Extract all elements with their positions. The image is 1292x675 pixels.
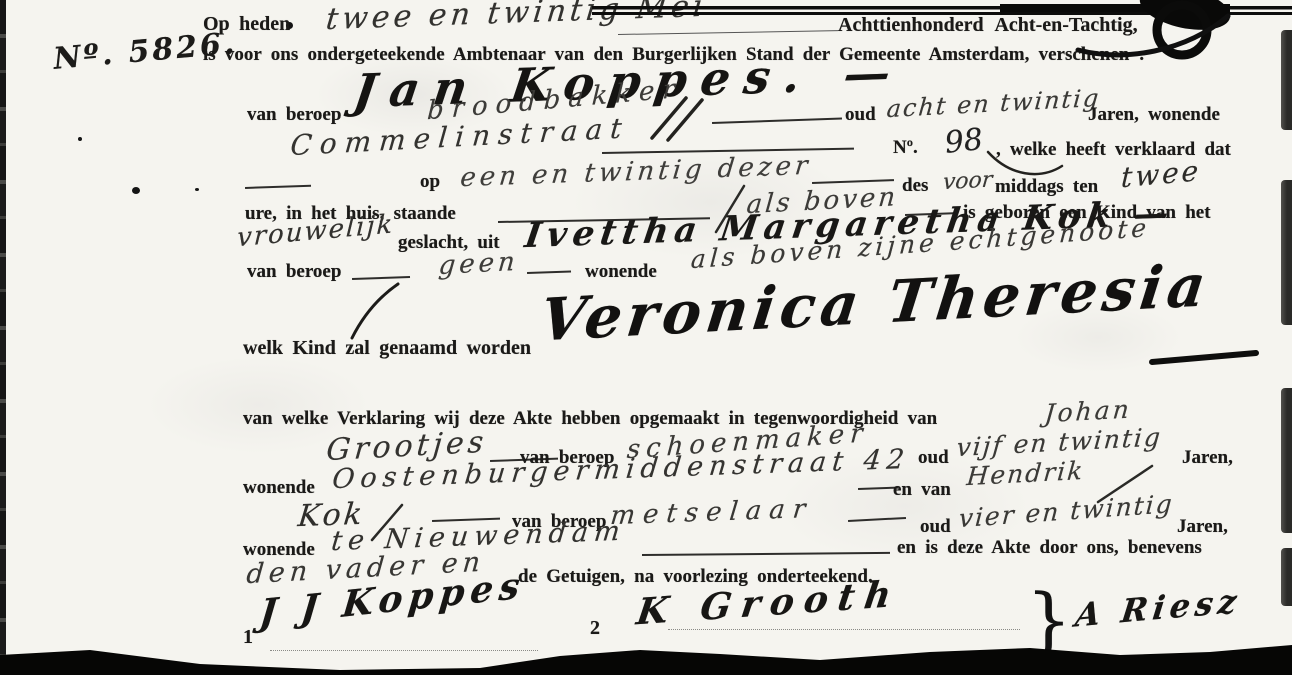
child-name-lead-flourish: [352, 284, 398, 338]
witness2-beroep: metselaar: [609, 494, 815, 531]
ink-blot: [1136, 0, 1234, 37]
printed-jaren-w1: Jaren,: [1182, 447, 1233, 469]
witness1-first-name: Johan: [1043, 394, 1133, 428]
ink-dot: [132, 187, 140, 194]
fill-rule: [352, 276, 410, 280]
printed-middags-ten: middags ten: [995, 176, 1098, 198]
fill-rule: [618, 30, 838, 35]
printed-year: Achttienhonderd Acht-en-Tachtig,: [838, 14, 1138, 37]
scan-right-edge-strip: [1281, 548, 1292, 606]
fill-rule: [245, 185, 311, 189]
signature-number-1: 1: [243, 626, 253, 649]
printed-van-beroep-declarant: van beroep: [247, 104, 341, 126]
child-name-dash: [1152, 353, 1256, 362]
printed-oud-w2: oud: [920, 516, 951, 538]
witness2-age: vier en twintig: [958, 489, 1175, 533]
printed-des: des: [902, 175, 928, 197]
declarant-age: acht en twintig: [886, 84, 1102, 123]
printed-en-van: en van: [893, 479, 951, 501]
printed-op: op: [420, 171, 440, 193]
fill-rule: [712, 117, 842, 124]
birth-day: een en twintig dezer: [459, 151, 813, 193]
printed-oud-w1: oud: [918, 447, 949, 469]
fill-rule: [642, 552, 890, 556]
fill-rule: [848, 517, 906, 522]
printed-closing-1: en is deze Akte door ons, benevens: [897, 537, 1202, 559]
printed-jaren-w2: Jaren,: [1177, 516, 1228, 538]
birth-certificate-scan: Nº. 5826. Op heden twee en twintig Mei A…: [0, 0, 1292, 675]
ink-blot-loop: [1157, 5, 1207, 55]
signature-dotted-line: [668, 629, 1020, 630]
printed-oud-declarant: oud: [845, 104, 876, 126]
scan-right-edge-strip: [1281, 388, 1292, 533]
ink-dot: [195, 188, 199, 191]
scan-right-edge-strip: [1281, 180, 1292, 325]
signature-number-2: 2: [590, 617, 600, 640]
printed-child-label: welk Kind zal genaamd worden: [243, 337, 531, 360]
fill-rule: [527, 270, 571, 274]
printed-op-heden: Op heden: [203, 13, 290, 36]
ink-dot: [78, 137, 82, 141]
declarant-house-number: 98: [943, 122, 985, 161]
top-rule-heavy-segment: [1000, 4, 1230, 12]
witness2-first-name: Hendrik: [965, 456, 1085, 491]
birth-voor: voor: [942, 167, 994, 195]
printed-jaren-wonende: Jaren, wonende: [1088, 104, 1220, 126]
printed-no-label: Nº.: [893, 137, 918, 159]
printed-wonende-w1: wonende: [243, 477, 315, 499]
scan-left-edge: [0, 0, 6, 675]
printed-van-beroep-mother: van beroep: [247, 261, 341, 283]
mother-beroep: geen: [437, 247, 520, 281]
birth-hour: twee: [1120, 154, 1202, 194]
scan-bottom-band: [0, 645, 1292, 675]
signature-under-stroke: [640, 660, 800, 666]
signature-registrar: A Riesz: [1073, 582, 1243, 635]
signature-dotted-line: [270, 650, 538, 651]
signature-brace: }: [1026, 578, 1072, 662]
handwritten-date: twee en twintig Mei: [324, 0, 708, 37]
scan-right-edge-strip: [1281, 30, 1292, 130]
